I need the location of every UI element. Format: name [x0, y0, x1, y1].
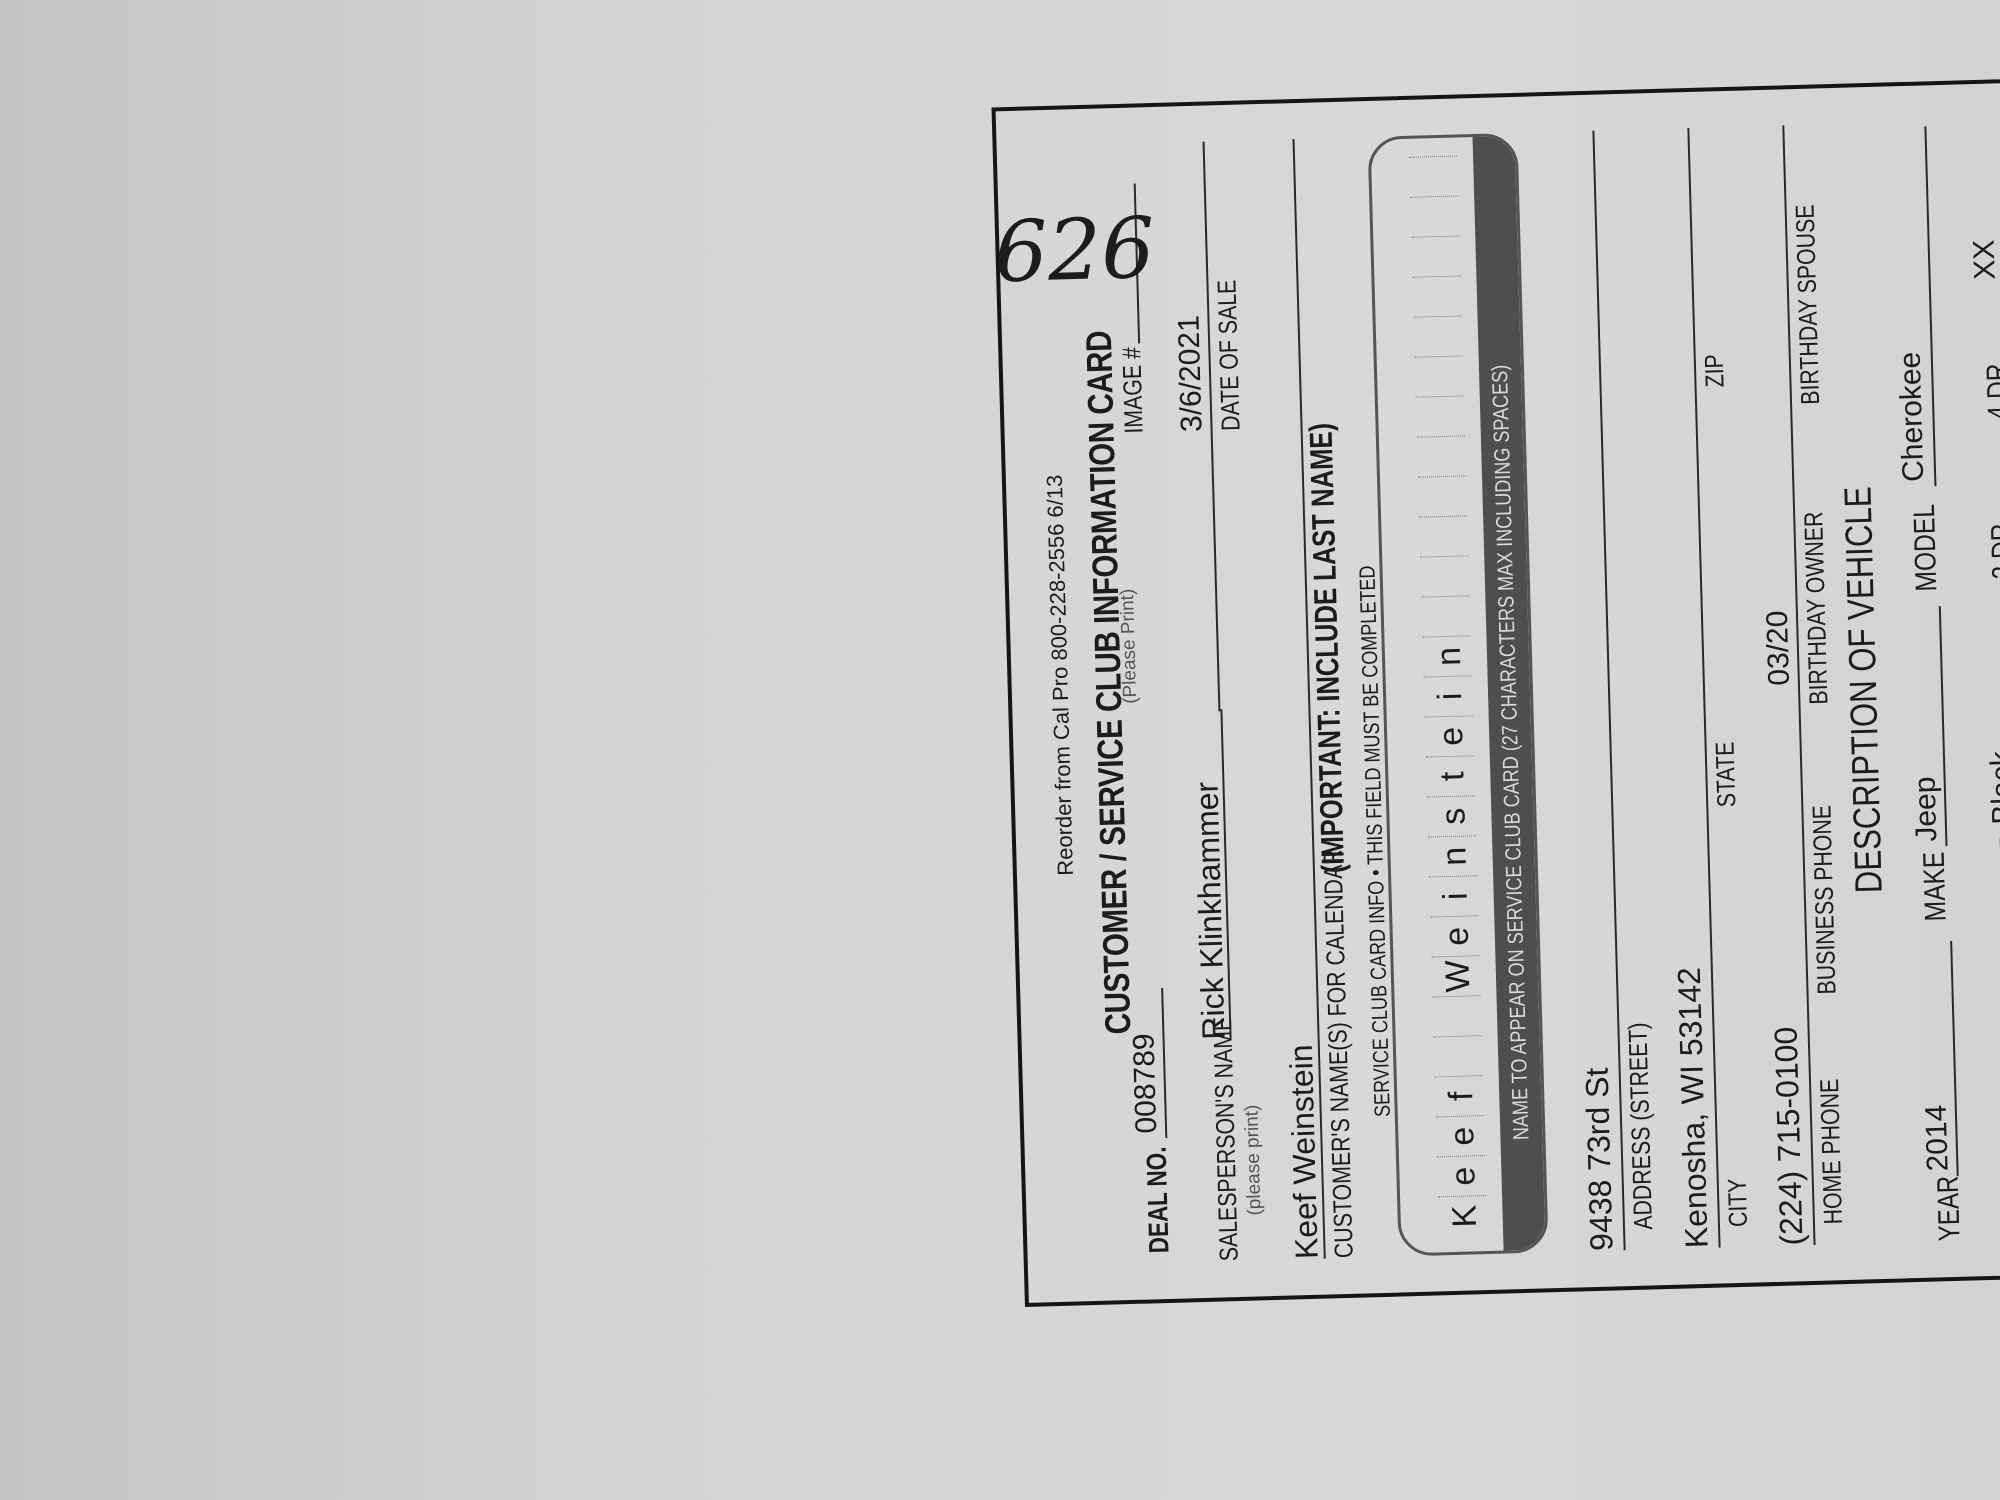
birthday-owner-value[interactable]: 03/20: [1761, 610, 1797, 686]
date-of-sale-label: DATE OF SALE: [1211, 279, 1246, 431]
two-door-label: 2 DR: [1986, 523, 2000, 580]
address-label: ADDRESS (STREET): [1622, 1022, 1659, 1230]
card-letter-slot[interactable]: [1412, 275, 1461, 316]
card-letter-slot[interactable]: K: [1438, 1195, 1487, 1236]
image-number-value[interactable]: 626: [993, 199, 1156, 301]
birthday-owner-label: BIRTHDAY OWNER: [1798, 511, 1834, 705]
card-letter-slot[interactable]: [1411, 235, 1460, 276]
model-label: MODEL: [1908, 504, 1944, 592]
home-phone-label: HOME PHONE: [1814, 1078, 1849, 1225]
make-label: MAKE: [1918, 851, 1954, 922]
image-number-label: IMAGE #: [1116, 347, 1149, 434]
card-letter-slot[interactable]: e: [1425, 715, 1474, 756]
card-letter-slot[interactable]: n: [1428, 835, 1477, 876]
year-label: YEAR: [1932, 1175, 1968, 1241]
card-letter-slot[interactable]: [1420, 555, 1469, 596]
card-letter-slot[interactable]: [1410, 195, 1459, 236]
zip-label: ZIP: [1699, 354, 1731, 388]
card-letter-slot[interactable]: W: [1431, 955, 1480, 996]
home-phone-value[interactable]: (224) 715-0100: [1767, 1026, 1810, 1246]
year-value[interactable]: 2014: [1920, 1104, 1956, 1172]
card-letter-slot[interactable]: [1417, 435, 1466, 476]
deal-number-value[interactable]: 008789: [1127, 1033, 1164, 1134]
card-letter-slot[interactable]: [1434, 1035, 1483, 1076]
card-letter-slot[interactable]: e: [1430, 915, 1479, 956]
card-letter-slot[interactable]: i: [1424, 675, 1473, 716]
customer-info-card-form: Reorder from Cal Pro 800-228-2556 6/13 C…: [991, 59, 2000, 1307]
card-letter-slot[interactable]: e: [1437, 1155, 1486, 1196]
card-letter-slot[interactable]: i: [1429, 875, 1478, 916]
birthday-spouse-label: BIRTHDAY SPOUSE: [1790, 204, 1827, 405]
model-value[interactable]: Cherokee: [1894, 351, 1932, 482]
four-door-label: 4 DR: [1981, 363, 2000, 420]
please-print-note: (Please Print): [1117, 588, 1142, 704]
date-of-sale-value[interactable]: 3/6/2021: [1172, 315, 1209, 433]
service-club-card-field[interactable]: KeefWeinstein NAME TO APPEAR ON SERVICE …: [1367, 133, 1548, 1257]
city-label: CITY: [1722, 1178, 1754, 1227]
card-letter-slot[interactable]: f: [1435, 1075, 1484, 1116]
card-letter-slot[interactable]: [1415, 355, 1464, 396]
card-letter-slot[interactable]: [1416, 395, 1465, 436]
four-door-value[interactable]: XX: [1968, 239, 2000, 280]
card-letter-slot[interactable]: n: [1422, 635, 1471, 676]
card-letter-slot[interactable]: [1418, 475, 1467, 516]
address-value[interactable]: 9438 73rd St: [1579, 1067, 1621, 1251]
card-letter-slot[interactable]: [1409, 155, 1458, 196]
color-value[interactable]: Black: [1985, 751, 2000, 825]
business-phone-label: BUSINESS PHONE: [1806, 805, 1842, 995]
card-letter-slot[interactable]: t: [1426, 755, 1475, 796]
card-letter-slot[interactable]: [1421, 595, 1470, 636]
salesperson-sub: (please print): [1241, 1104, 1266, 1215]
card-letter-slot[interactable]: s: [1427, 795, 1476, 836]
state-label: STATE: [1709, 741, 1742, 807]
deal-number-label: DEAL NO.: [1141, 1146, 1176, 1253]
card-letter-slot[interactable]: e: [1436, 1115, 1485, 1156]
city-value[interactable]: Kenosha, WI 53142: [1671, 967, 1716, 1249]
card-letter-slot[interactable]: [1414, 315, 1463, 356]
card-letter-slot[interactable]: [1419, 515, 1468, 556]
card-letter-slots[interactable]: KeefWeinstein: [1409, 137, 1488, 1236]
make-value[interactable]: Jeep: [1909, 776, 1945, 842]
card-letter-slot[interactable]: [1432, 995, 1481, 1036]
